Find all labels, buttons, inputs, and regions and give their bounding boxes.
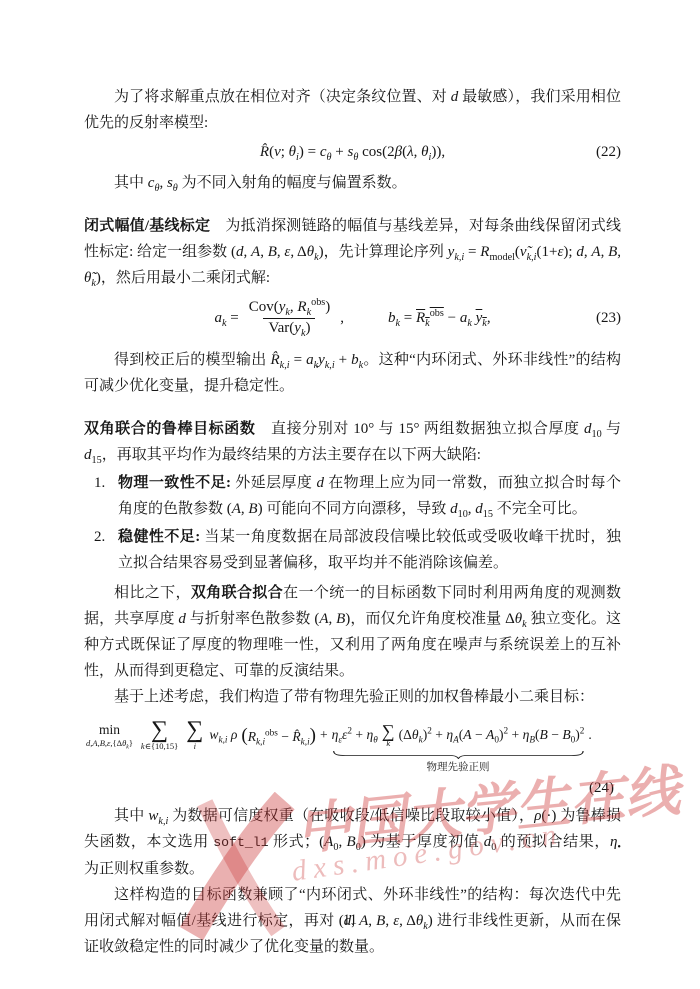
list-item-1-number: 1. [94,470,105,496]
eq24-weight-term: wk,i ρ [209,727,237,744]
eq23-numerator: Cov(yk, Rkobs) [244,298,336,318]
equation-24-body: min d,A,B,ε,{Δθk} ∑ k∈{10,15} ∑ i wk,i ρ… [84,720,592,751]
numbered-list: 1. 物理一致性不足: 外延层厚度 d 在物理上应为同一常数，而独立拟合时每个角… [84,470,621,576]
paragraph-corrected-output: 得到校正后的模型输出 R̂k,i = akyk,i + bk。这种“内环闭式、外… [84,347,621,399]
eq24-sum-angles: ∑ k∈{10,15} [141,720,178,751]
equation-22: R̂(ν; θi) = cθ + sθ cos(2β(λ, θi)), (22) [84,139,621,165]
eq23-rhs: bk = Rkobs − ak yk, [388,305,491,331]
equation-22-number: (22) [596,139,621,165]
list-item-2-title: 稳健性不足: [118,529,204,545]
paragraph-coeff-note: 其中 cθ, sθ 为不同入射角的幅度与偏置系数。 [84,170,621,196]
equation-22-body: R̂(ν; θi) = cθ + sθ cos(2β(λ, θi)), [260,139,445,165]
eq24-regularizer-group: ηεε2 + ηθ ∑ k (Δθk)2 + ηA(A − A0)2 + ηB(… [332,723,585,749]
document-page: 为了将求解重点放在相位对齐（决定条纹位置、对 d 最敏感），我们采用相位优先的反… [0,0,700,989]
paragraph-model-intro: 为了将求解重点放在相位对齐（决定条纹位置、对 d 最敏感），我们采用相位优先的反… [84,84,621,136]
section-heading-joint-objective: 双角联合的鲁棒目标函数 [84,421,255,437]
eq23-denominator: Var(yk) [263,318,315,339]
equation-23: ak = Cov(yk, Rkobs) Var(yk) , bk = Rkobs… [84,298,621,338]
paragraph-objective-intro: 基于上述考虑，我们构造了带有物理先验正则的加权鲁棒最小二乘目标： [84,684,621,710]
underbrace [332,751,585,759]
page-number: 11 [0,912,700,929]
paragraph-joint-fitting: 相比之下，双角联合拟合在一个统一的目标函数下同时利用两角度的观测数据，共享厚度 … [84,580,621,684]
eq24-reg-post: (Δθk)2 + ηA(A − A0)2 + ηB(B − B0)2 [399,727,585,744]
eq24-period: . [588,727,591,744]
text-column: 为了将求解重点放在相位对齐（决定条纹位置、对 d 最敏感），我们采用相位优先的反… [84,84,621,960]
equation-24-number: (24) [589,775,614,801]
equation-24: min d,A,B,ε,{Δθk} ∑ k∈{10,15} ∑ i wk,i ρ… [84,720,676,803]
paragraph-weights-note: 其中 wk,i 为数据可信度权重（在吸收段/低信噪比段取较小值），ρ(·) 为鲁… [84,803,621,882]
eq23-lhs: ak = [214,305,238,331]
eq24-sum-index: ∑ i [186,720,203,751]
section-closed-form-calibration: 闭式幅值/基线标定为抵消探测链路的幅值与基线差异，对每条曲线保留闭式线性标定: … [84,213,621,291]
section-heading-closed-form: 闭式幅值/基线标定 [84,218,210,234]
eq24-residual: (Rk,iobs − R̂k,i) [241,726,316,746]
eq23-comma: , [340,305,344,331]
equation-23-body: ak = Cov(yk, Rkobs) Var(yk) , bk = Rkobs… [214,298,490,338]
eq23-fraction: Cov(yk, Rkobs) Var(yk) [244,298,336,338]
section-joint-objective: 双角联合的鲁棒目标函数直接分别对 10° 与 15° 两组数据独立拟合厚度 d1… [84,416,621,468]
list-item-1-title: 物理一致性不足: [118,475,235,491]
list-item-2: 2. 稳健性不足: 当某一角度数据在局部波段信噪比较低或受吸收峰干扰时，独立拟合… [84,524,621,576]
eq24-reg-sum: ∑ k [382,723,395,749]
eq24-reg-pre: ηεε2 + ηθ [332,727,378,744]
equation-23-number: (23) [596,305,621,331]
list-item-2-number: 2. [94,524,105,550]
eq24-min-operator: min d,A,B,ε,{Δθk} [86,722,133,749]
underbrace-label: 物理先验正则 [332,761,585,774]
eq24-plus: + [320,727,328,744]
list-item-1: 1. 物理一致性不足: 外延层厚度 d 在物理上应为同一常数，而独立拟合时每个角… [84,470,621,522]
